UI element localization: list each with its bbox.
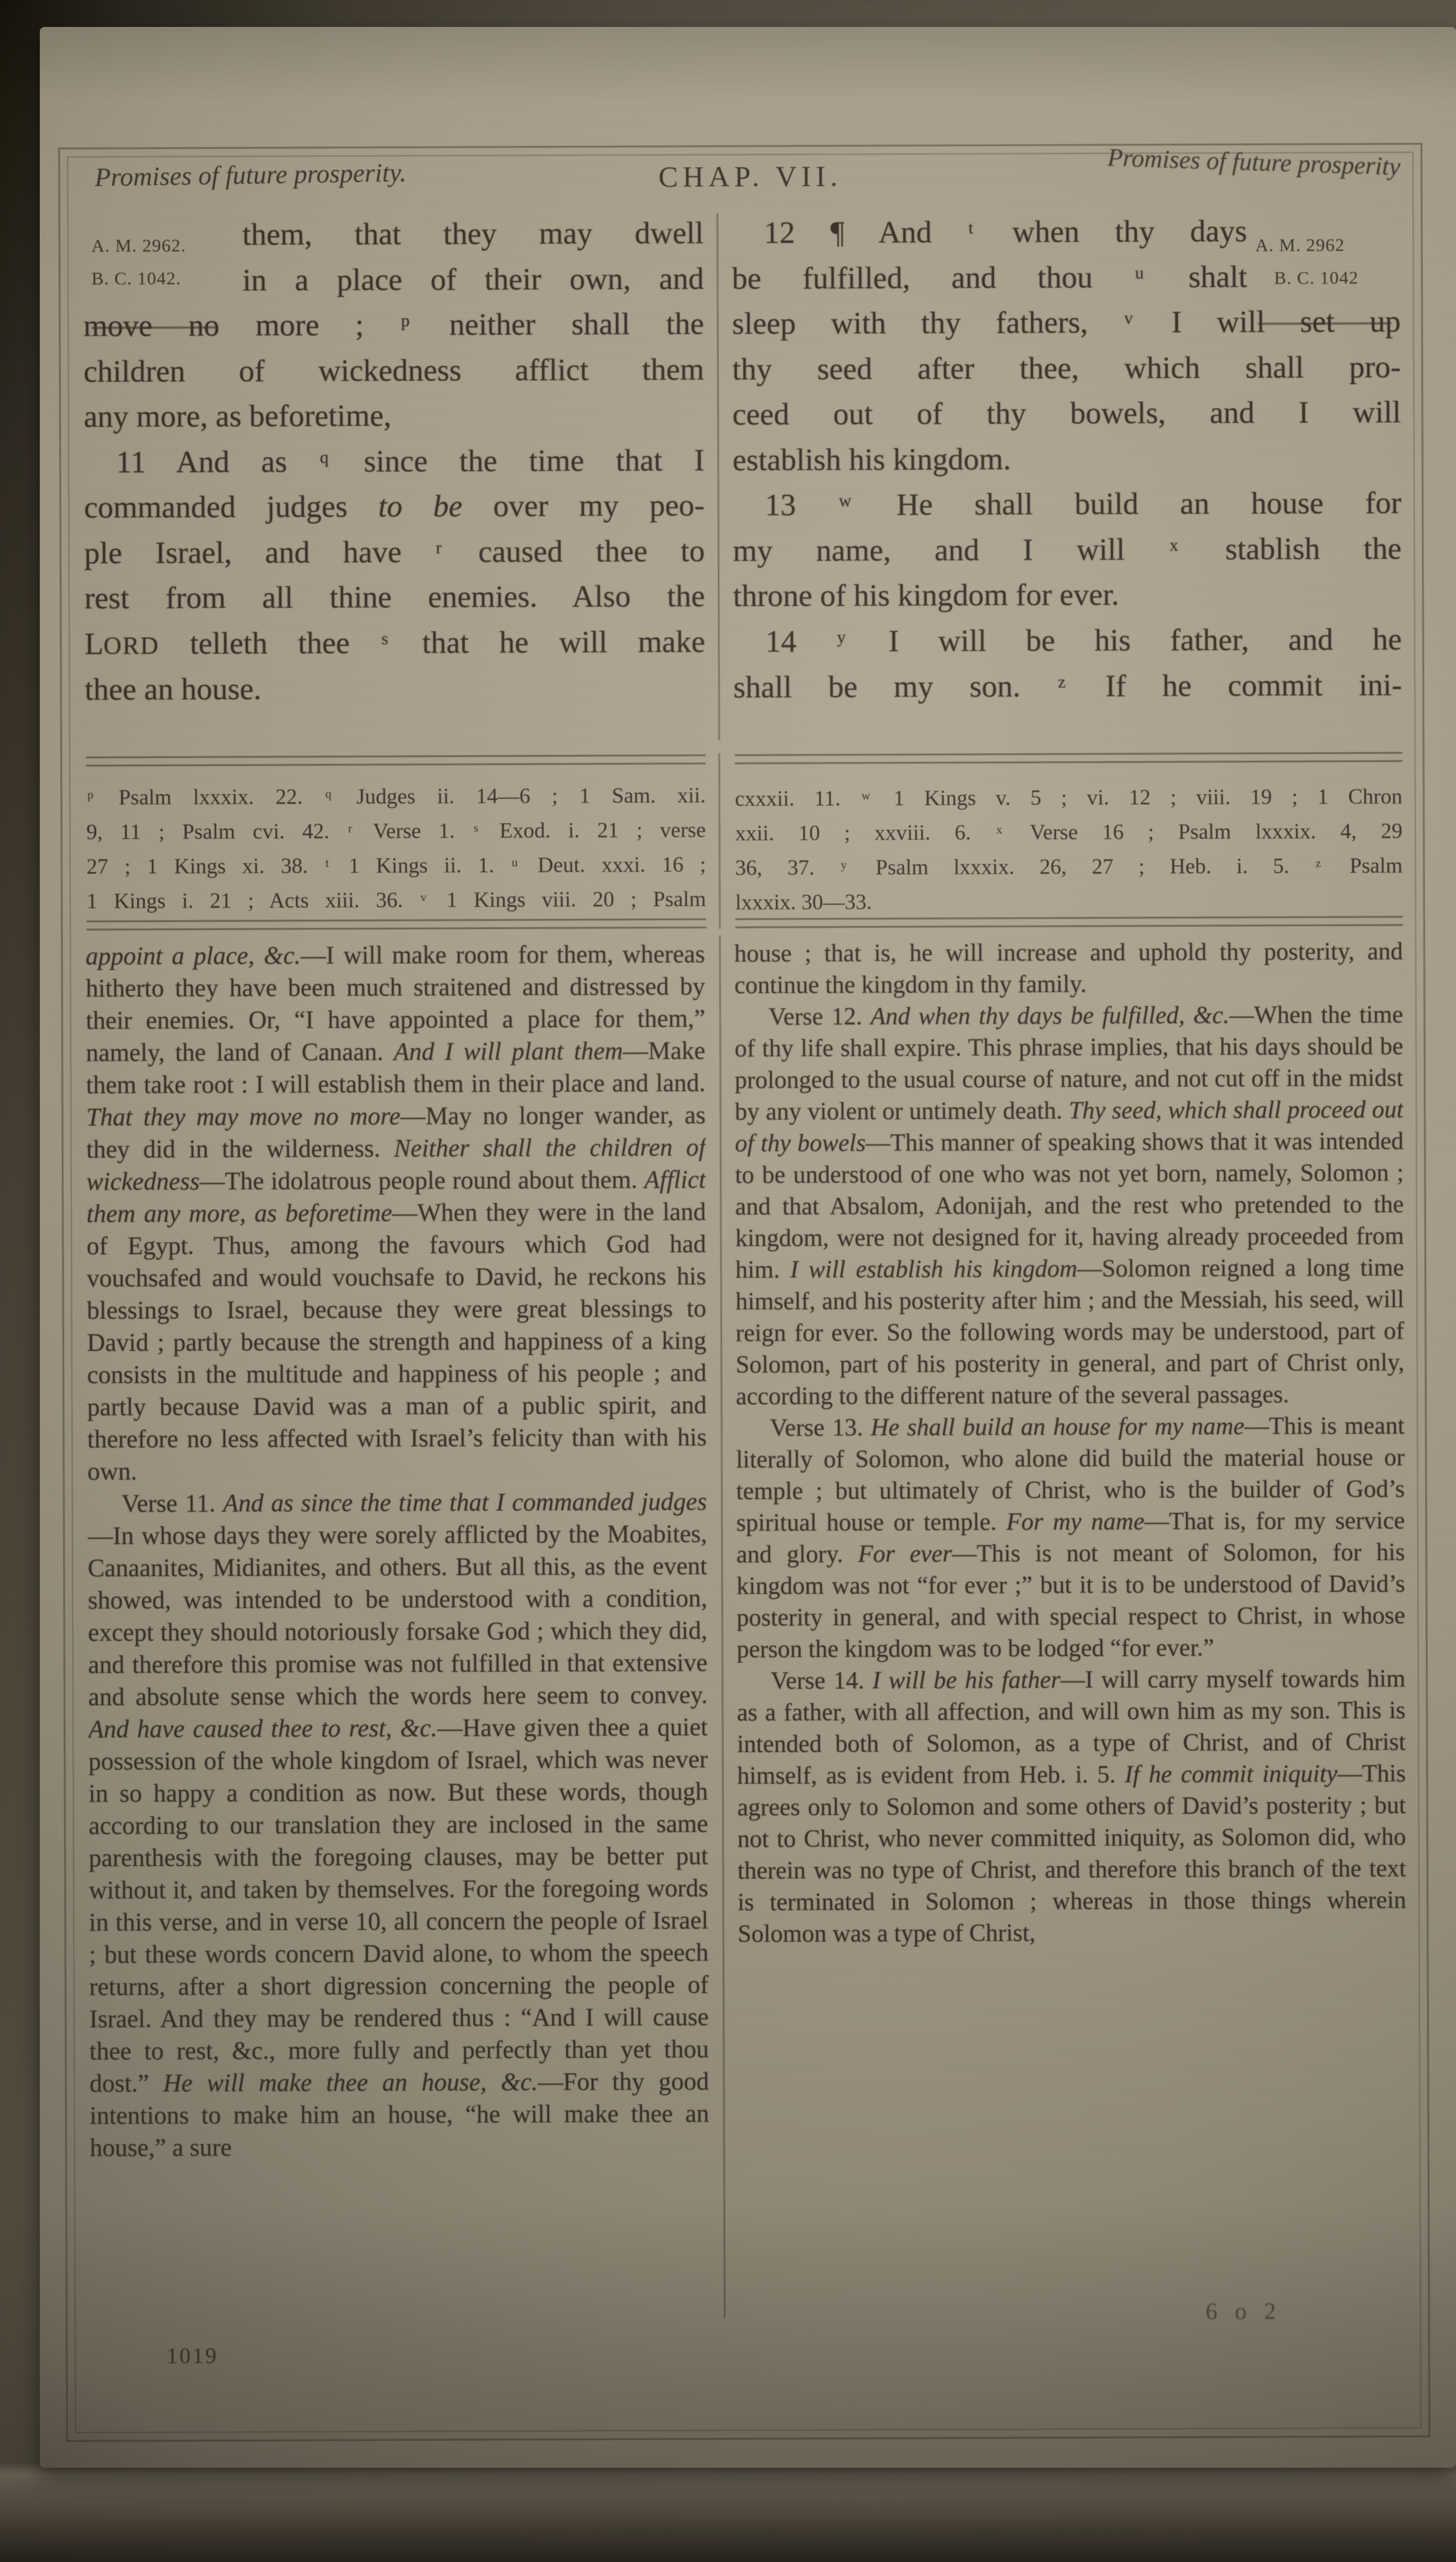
scanned-book-photo: Promises of future prosperity. CHAP. VII…	[0, 0, 1456, 2562]
scripture-column-right: 12 ¶ And t when thy days be fulfilled, a…	[732, 213, 1402, 719]
footnote-line: 1 Kings i. 21 ; Acts xiii. 36. v 1 Kings…	[87, 884, 706, 921]
scripture-line: 12 ¶ And t when thy days	[732, 214, 1247, 251]
scripture-line: throne of his kingdom for ever.	[733, 576, 1402, 614]
commentary-column-right: house ; that is, he will increase and up…	[734, 936, 1407, 2320]
commentary-paragraph: house ; that is, he will increase and up…	[734, 936, 1403, 1001]
footnotes-right: cxxxii. 11. w 1 Kings v. 5 ; vi. 12 ; vi…	[735, 781, 1403, 918]
scripture-line: ple Israel, and have r caused thee to	[84, 533, 705, 571]
scripture-line: thee an house.	[85, 670, 705, 707]
printer-signature-mark: 6 o 2	[1205, 2297, 1282, 2325]
scripture-line: 11 And as q since the time that I	[84, 443, 704, 480]
scripture-line: establish his kingdom.	[732, 440, 1401, 478]
footnote-line: lxxxix. 30—33.	[735, 885, 1403, 918]
commentary-column-left: appoint a place, &c.—I will make room fo…	[85, 938, 710, 2346]
footnote-line: 9, 11 ; Psalm cvi. 42. r Verse 1. s Exod…	[86, 815, 705, 851]
commentary-paragraph: Verse 12. And when thy days be fulfilled…	[735, 999, 1404, 1412]
scripture-line: shall be my son. z If he commit ini-	[734, 668, 1402, 705]
footnote-line: cxxxii. 11. w 1 Kings v. 5 ; vi. 12 ; vi…	[735, 781, 1402, 818]
commentary-paragraph: Verse 14. I will be his father—I will ca…	[736, 1663, 1406, 1950]
scripture-line: them, that they may dwell	[242, 216, 704, 252]
scripture-line: thy seed after thee, which shall pro-	[732, 350, 1401, 387]
book-page: Promises of future prosperity. CHAP. VII…	[40, 27, 1456, 2468]
scripture-line: move no more ; p neither shall the	[83, 306, 704, 344]
scripture-line: sleep with thy fathers, v I will set up	[732, 304, 1400, 341]
scripture-line: any more, as beforetime,	[84, 397, 704, 435]
scripture-line: in a place of their own, and	[242, 261, 704, 298]
commentary-paragraph: Verse 11. And as since the time that I c…	[87, 1486, 709, 2164]
scripture-line: 14 y I will be his father, and he	[733, 622, 1402, 659]
page-number: 1019	[167, 2343, 218, 2369]
chapter-title: CHAP. VII.	[598, 159, 903, 194]
scripture-line: 13 w He shall build an house for	[732, 485, 1401, 523]
running-head-left: Promises of future prosperity.	[94, 152, 563, 195]
scripture-column-left: them, that they may dwell in a place of …	[83, 216, 705, 721]
footnotes-left: p Psalm lxxxix. 22. q Judges ii. 14—6 ; …	[86, 780, 706, 921]
footnote-line: 27 ; 1 Kings xi. 38. t 1 Kings ii. 1. u …	[87, 849, 706, 886]
footnote-line: p Psalm lxxxix. 22. q Judges ii. 14—6 ; …	[86, 780, 705, 817]
scripture-line: rest from all thine enemies. Also the	[84, 579, 705, 616]
scripture-line: be fulfilled, and thou u shalt	[732, 259, 1247, 296]
footnote-line: xxii. 10 ; xxviii. 6. x Verse 16 ; Psalm…	[735, 816, 1402, 853]
scripture-line: LORD telleth thee s that he will make	[84, 624, 705, 662]
scripture-line: commanded judges to be over my peo-	[84, 488, 704, 525]
commentary-paragraph: Verse 13. He shall build an house for my…	[736, 1410, 1406, 1665]
footnote-line: 36, 37. y Psalm lxxxix. 26, 27 ; Heb. i.…	[735, 850, 1403, 887]
commentary-paragraph: appoint a place, &c.—I will make room fo…	[85, 938, 707, 1488]
scripture-line: my name, and I will x stablish the	[733, 531, 1402, 569]
book-edge-shadow	[0, 2462, 1456, 2562]
page-content: Promises of future prosperity. CHAP. VII…	[36, 25, 1456, 2470]
scripture-line: ceed out of thy bowels, and I will	[732, 395, 1401, 432]
scripture-line: children of wickedness afflict them	[84, 352, 704, 389]
